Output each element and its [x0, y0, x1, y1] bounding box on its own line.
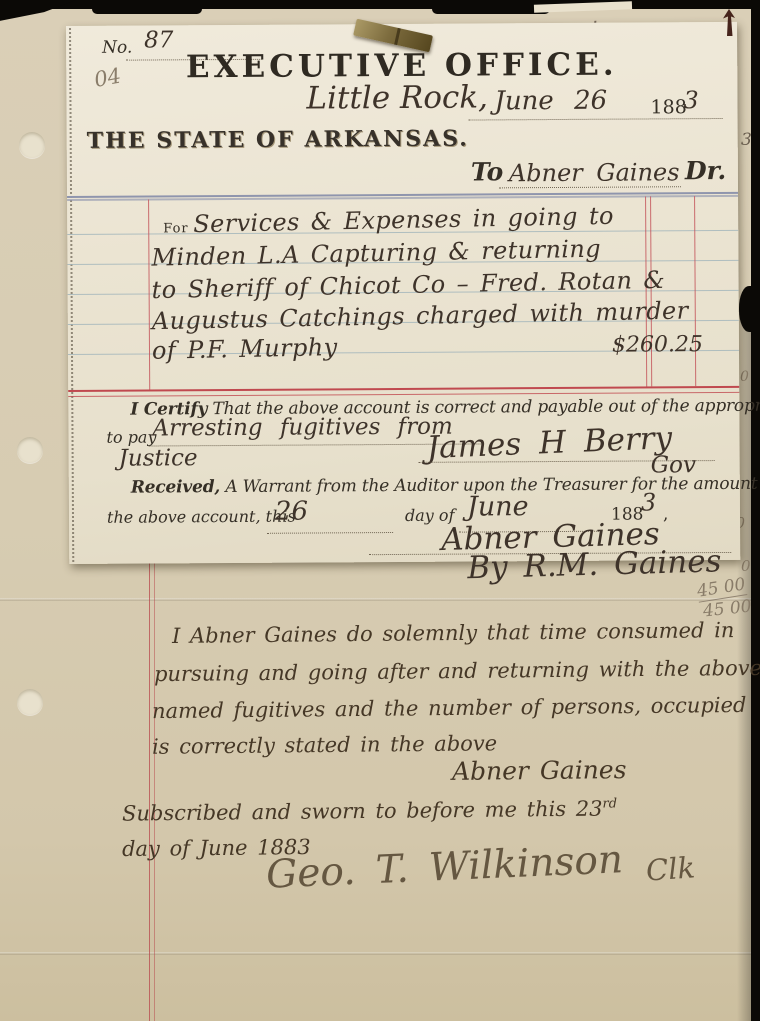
red-margin-line [149, 556, 150, 1021]
to-pay-label: to pay [106, 427, 156, 446]
punch-hole [17, 689, 43, 715]
affiant-signature: Abner Gaines [452, 755, 627, 786]
year-digit-written: 3 [683, 86, 698, 114]
sworn-ordinal: rd [602, 796, 617, 811]
dotted-line [499, 186, 681, 188]
dotted-line [469, 118, 723, 121]
received-lead: Received, [131, 477, 220, 498]
affidavit-line: pursuing and going after and returning w… [154, 656, 760, 686]
pencil-mark: 0 [741, 557, 751, 575]
punch-hole [19, 132, 45, 158]
date-written: June 26 [494, 86, 607, 117]
year-digit-written: 3 [641, 488, 656, 516]
month-written: June [467, 491, 529, 522]
account-line: of P.F. Murphy [152, 333, 338, 365]
appropriation-written: Arresting fugitives from [152, 414, 453, 442]
sworn-statement: Subscribed and sworn to before me this 2… [122, 796, 617, 825]
for-label: For [163, 221, 188, 236]
torn-edge [739, 286, 752, 332]
payee-name-written: Abner Gaines [509, 158, 680, 187]
to-label: To [471, 157, 504, 186]
sworn-text: Subscribed and sworn to before me this 2… [122, 797, 603, 826]
affidavit-line: named fugitives and the number of person… [152, 693, 747, 723]
appropriation-written-2: Justice [119, 445, 198, 471]
affidavit-line: is correctly stated in the above [152, 731, 497, 759]
fold-crease [0, 598, 751, 601]
fold-crease [0, 952, 751, 955]
year-printed: 188 [650, 96, 686, 118]
torn-edge [92, 9, 202, 14]
punch-hole [17, 437, 43, 463]
pencil-mark: 0 [740, 369, 749, 385]
place-written: Little Rock, [306, 79, 488, 116]
document-scan: Chicot county 3 3 2 8 0 00 0 45 00 45 00… [0, 0, 760, 1021]
received-prefix: the above account, this [107, 507, 296, 527]
pencil-mark: 3 [741, 130, 752, 150]
dotted-line [267, 532, 393, 534]
by-signature: By R.M. Gaines [467, 543, 722, 586]
amount-value: $260.25 [612, 332, 703, 358]
voucher-form: No. 87 04 EXECUTIVE OFFICE. Little Rock,… [66, 22, 740, 564]
ink-mark-icon [721, 8, 737, 42]
torn-edge [432, 9, 550, 14]
clerk-title: Clk [645, 850, 696, 887]
dr-label: Dr. [685, 156, 726, 185]
received-statement: Received, A Warrant from the Auditor upo… [131, 474, 760, 498]
state-heading: THE STATE OF ARKANSAS. [87, 126, 469, 154]
clerk-signature: Geo. T. Wilkinson [265, 837, 624, 898]
comma: , [663, 504, 669, 524]
governor-signature: James H Berry [426, 420, 673, 466]
red-margin-line [154, 556, 155, 1021]
day-written: 26 [275, 497, 308, 527]
affidavit-line: I Abner Gaines do solemnly that time con… [172, 618, 735, 648]
